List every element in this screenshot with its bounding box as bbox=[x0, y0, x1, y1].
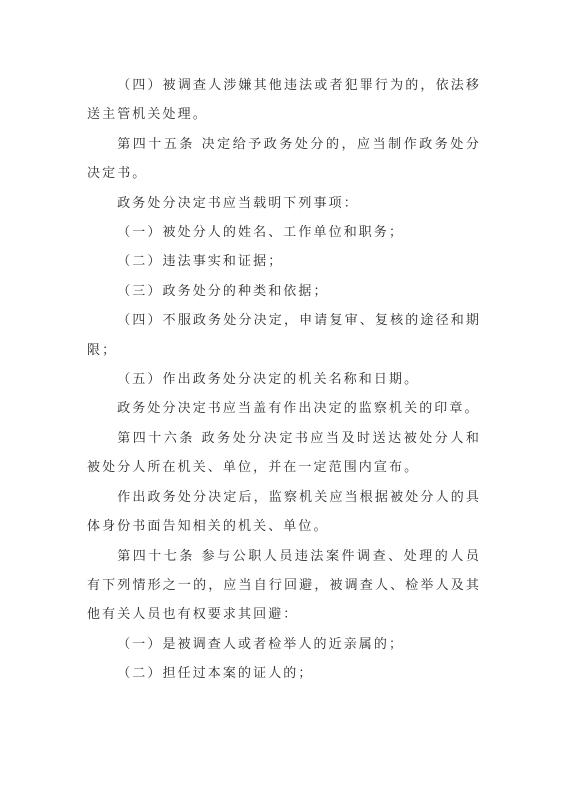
paragraph-article-46: 第四十六条 政务处分决定书应当及时送达被处分人和被处分人所在机关、单位，并在一定… bbox=[87, 424, 481, 483]
paragraph-article-45: 第四十五条 决定给予政务处分的，应当制作政务处分决定书。 bbox=[87, 130, 481, 189]
paragraph-article-47: 第四十七条 参与公职人员违法案件调查、处理的人员有下列情形之一的，应当自行回避，… bbox=[87, 542, 481, 630]
document-page: （四）被调查人涉嫌其他违法或者犯罪行为的，依法移送主管机关处理。 第四十五条 决… bbox=[87, 71, 481, 689]
paragraph-seal: 政务处分决定书应当盖有作出决定的监察机关的印章。 bbox=[87, 394, 481, 423]
list-item-3: （三）政务处分的种类和依据； bbox=[87, 277, 481, 306]
list-item-5: （五）作出政务处分决定的机关名称和日期。 bbox=[87, 365, 481, 394]
list-item-4: （四）不服政务处分决定，申请复审、复核的途径和期限； bbox=[87, 306, 481, 365]
list-item-2: （二）违法事实和证据； bbox=[87, 247, 481, 276]
list-item-recusal-1: （一）是被调查人或者检举人的近亲属的； bbox=[87, 630, 481, 659]
list-item-recusal-2: （二）担任过本案的证人的； bbox=[87, 659, 481, 688]
paragraph-decision-contents: 政务处分决定书应当载明下列事项： bbox=[87, 189, 481, 218]
list-item-1: （一）被处分人的姓名、工作单位和职务； bbox=[87, 218, 481, 247]
paragraph-notify-units: 作出政务处分决定后，监察机关应当根据被处分人的具体身份书面告知相关的机关、单位。 bbox=[87, 483, 481, 542]
paragraph-item-4-transfer: （四）被调查人涉嫌其他违法或者犯罪行为的，依法移送主管机关处理。 bbox=[87, 71, 481, 130]
